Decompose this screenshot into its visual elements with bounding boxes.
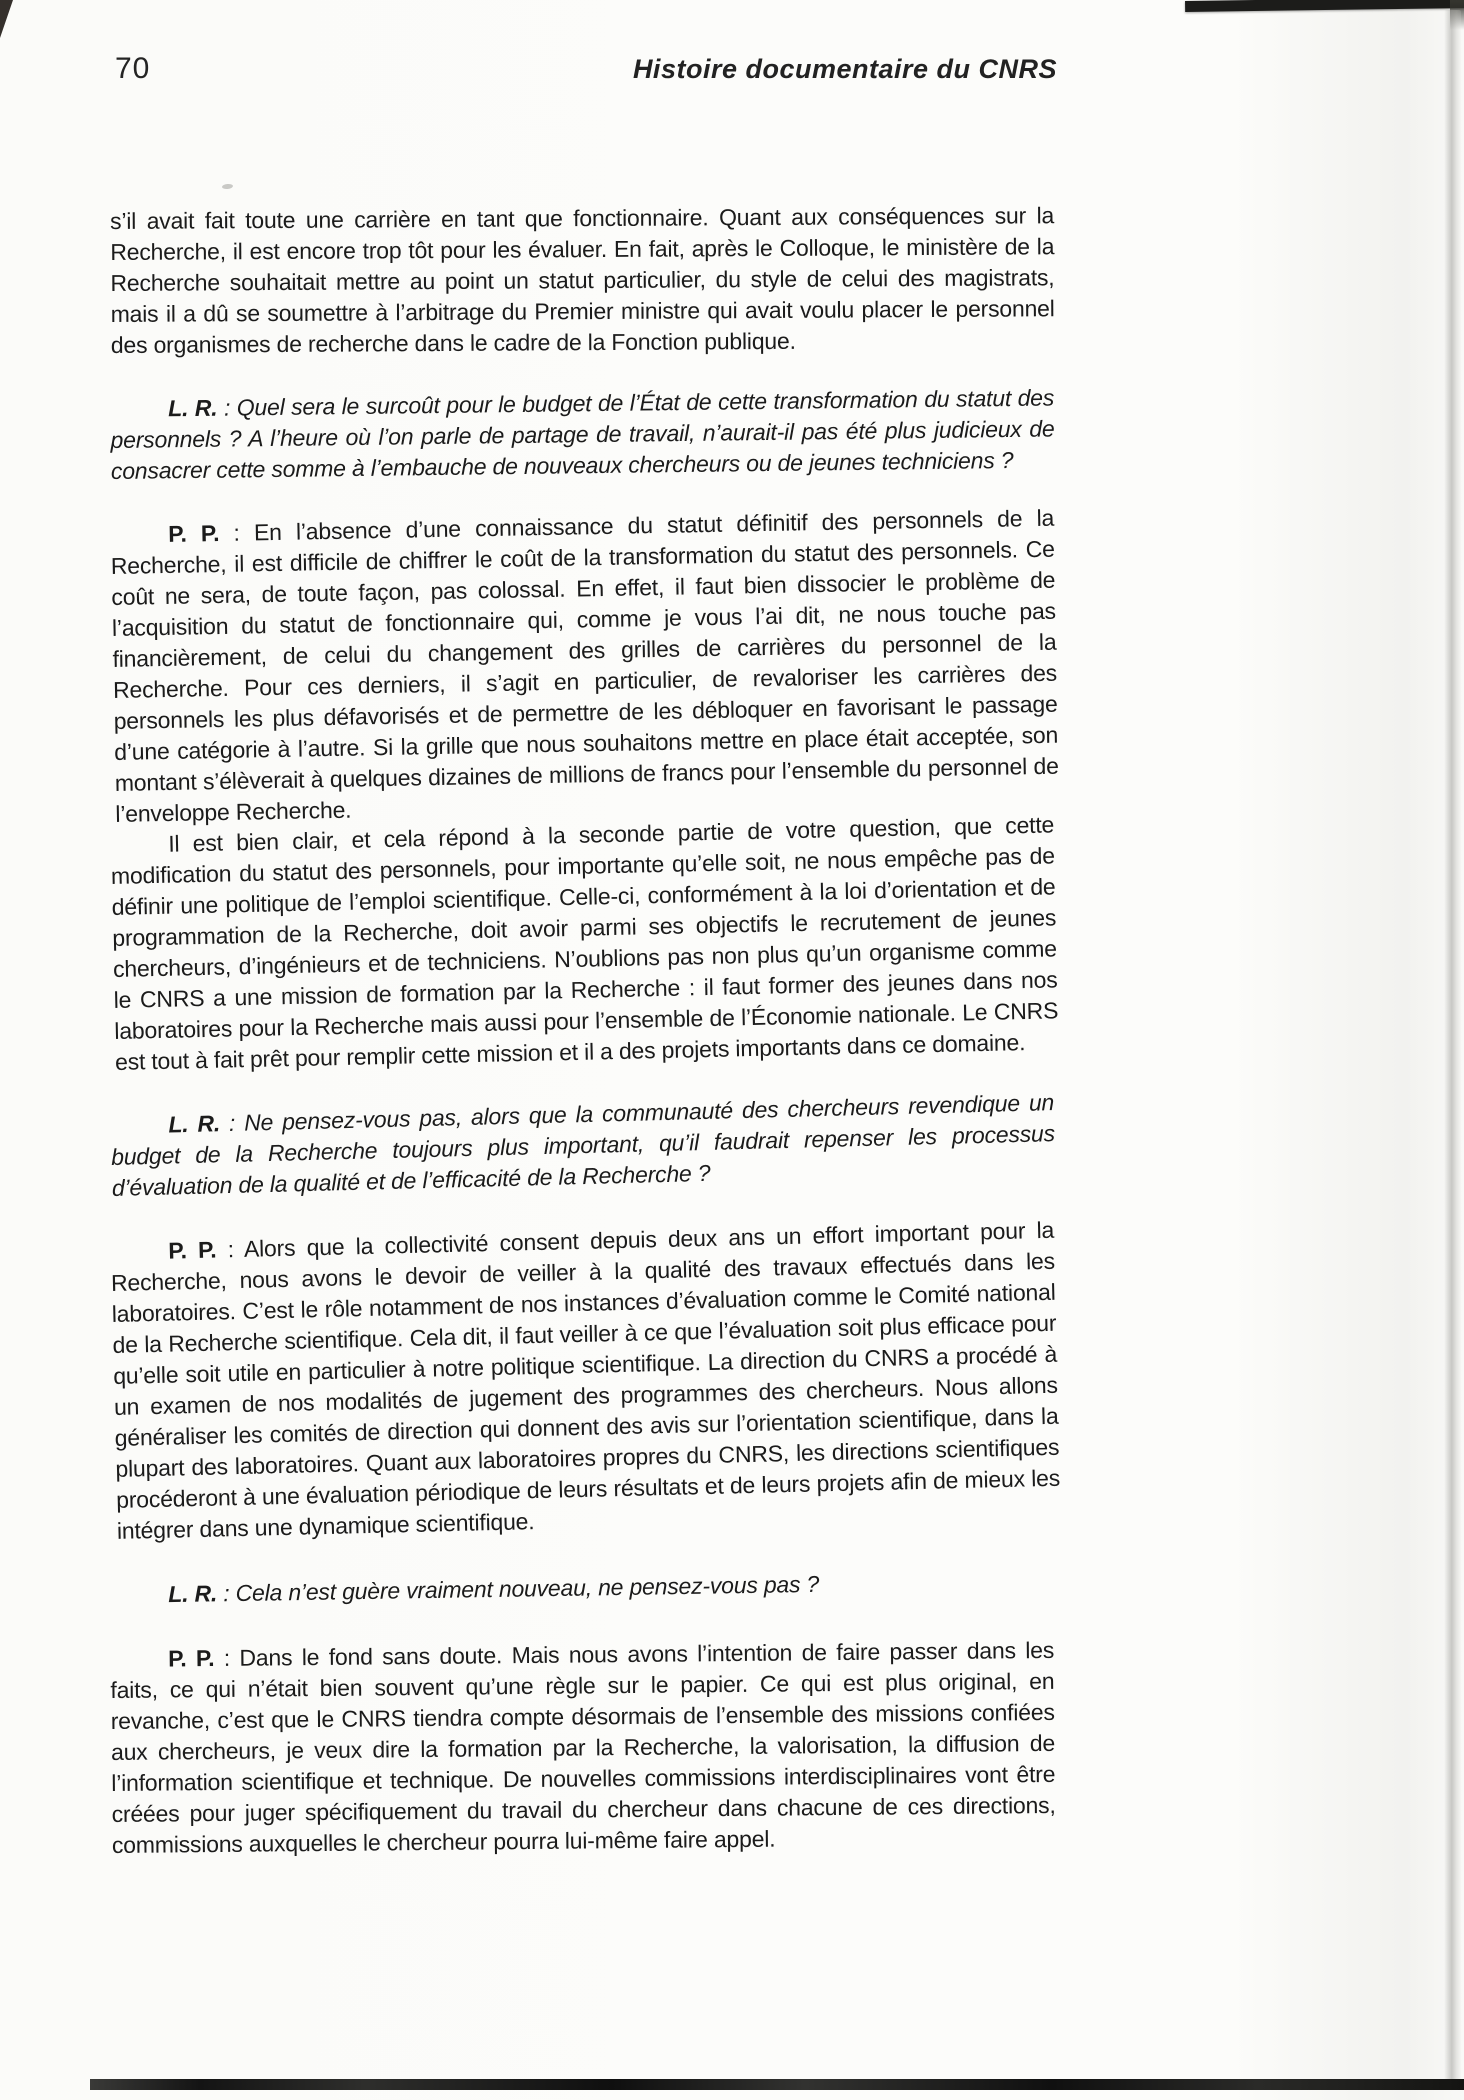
speaker-label: P. P. xyxy=(168,1237,217,1264)
scan-corner-mark xyxy=(0,0,13,38)
interview-answer: P. P. : Alors que la collectivité consen… xyxy=(110,1215,1061,1547)
interview-answer: P. P. : Dans le fond sans doute. Mais no… xyxy=(110,1635,1056,1861)
question-text: : Ne pensez-vous pas, alors que la commu… xyxy=(111,1089,1055,1201)
interview-question: L. R. : Cela n’est guère vraiment nouvea… xyxy=(110,1565,1054,1611)
speaker-label: L. R. xyxy=(168,395,218,422)
question-text: : Quel sera le surcoût pour le budget de… xyxy=(110,384,1054,484)
page: { "page": { "page_number": "70", "runnin… xyxy=(0,0,1464,2100)
scan-top-edge-shadow xyxy=(1185,0,1464,12)
speaker-label: L. R. xyxy=(168,1110,220,1137)
speaker-label: P. P. xyxy=(168,1645,214,1671)
answer-text: : Alors que la collectivité consent depu… xyxy=(111,1217,1060,1544)
speaker-label: P. P. xyxy=(168,520,219,547)
body-paragraph: s’il avait fait toute une carrière en ta… xyxy=(110,200,1055,361)
interview-answer: P. P. : En l’absence d’une connaissance … xyxy=(110,503,1060,830)
answer-text: : Dans le fond sans doute. Mais nous avo… xyxy=(110,1637,1055,1858)
running-title: Histoire documentaire du CNRS xyxy=(633,54,1057,85)
question-text: : Cela n’est guère vraiment nouveau, ne … xyxy=(217,1571,819,1606)
scan-right-edge-shadow xyxy=(1444,10,1461,2082)
page-header: 70 Histoire documentaire du CNRS xyxy=(115,52,1057,86)
interview-question: L. R. : Quel sera le surcoût pour le bud… xyxy=(110,382,1055,487)
interview-text-block: s’il avait fait toute une carrière en ta… xyxy=(110,206,1054,1861)
page-number: 70 xyxy=(115,52,150,86)
answer-text: : En l’absence d’une connaissance du sta… xyxy=(111,505,1059,827)
scan-bottom-edge-line xyxy=(90,2079,1464,2090)
speaker-label: L. R. xyxy=(168,1580,217,1607)
interview-answer-continuation: Il est bien clair, et cela répond à la s… xyxy=(110,809,1059,1078)
interview-question: L. R. : Ne pensez-vous pas, alors que la… xyxy=(110,1087,1056,1204)
scan-speck xyxy=(222,183,233,189)
